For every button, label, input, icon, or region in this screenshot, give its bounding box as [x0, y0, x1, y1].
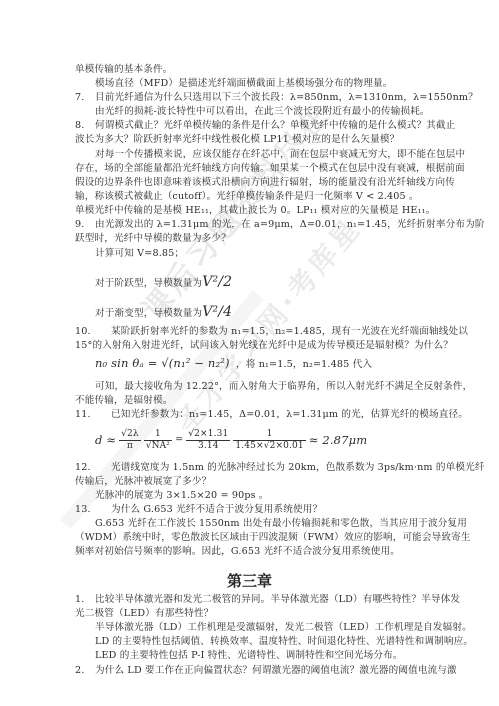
- formula: n₀ sin θₐ = √(n₁² − n₂²): [95, 356, 230, 370]
- answer-8-cont: 存在，场的全部能量都沿光纤轴线方向传输。如果某一个模式在包层中没有衰减，根据前面: [75, 163, 425, 175]
- question-9: 9.由光源发出的 λ=1.31μm 的光，在 a=9μm，Δ=0.01，n₁=1…: [75, 219, 425, 231]
- question-11: 11.已知光纤参数为：n₁=1.45，Δ=0.01，λ=1.31μm 的光，估算…: [75, 409, 425, 421]
- question-8: 8.何谓模式截止？光纤单模传输的条件是什么？单模光纤中传输的是什么模式？其截止: [75, 120, 425, 132]
- question-number: 12.: [75, 462, 111, 474]
- chapter3-answer-1-cont: LED 的主要特性包括 P-I 特性、光谱特性、调制特性和空间光场分布。: [95, 650, 445, 662]
- question-10: 10.某阶跃折射率光纤的参数为 n₁=1.5，n₂=1.485，现有一光波在光纤…: [75, 326, 425, 338]
- answer-8-cont: 假设的边界条件也即意味着该模式沿横向方向进行辐射，场的能量没有沿光纤轴线方向传: [75, 177, 425, 189]
- question-10-cont: 15°的入射角入射进光纤，试问该入射光线在光纤中是成为传导模还是辐射模？为什么？: [75, 340, 425, 352]
- formula: V²/4: [202, 304, 232, 320]
- answer-9: 计算可知 V=8.85；: [95, 248, 445, 260]
- question-number: 10.: [75, 326, 111, 338]
- formula: V²/2: [202, 274, 232, 290]
- answer-13-cont: （WDM）系统中时，零色散波长区域由于四波混频（FWM）效应的影响，可能会导致寄…: [75, 532, 425, 544]
- question-13: 13.为什么 G.653 光纤不适合于波分复用系统使用？: [75, 504, 425, 516]
- question-7: 7.目前光纤通信为什么只选用以下三个波长段：λ=850nm，λ=1310nm，λ…: [75, 92, 425, 104]
- document-page: 课后习题资料尽在 圣才学习网·考库星 单模传输的基本条件。 模场直径（MFD）是…: [0, 0, 499, 706]
- question-number: 11.: [75, 409, 111, 421]
- question-number: 9.: [75, 219, 95, 231]
- question-number: 2.: [75, 665, 95, 677]
- question-9-cont: 跃型时，光纤中导模的数量为多少？: [75, 233, 425, 245]
- answer-9-step: 对于阶跃型，导模数量为V²/2: [95, 276, 445, 290]
- chapter3-answer-1-cont: LD 的主要特性包括阈值、转换效率、温度特性、时间退化特性、光谱特性和调制响应。: [95, 636, 445, 648]
- question-number: 7.: [75, 92, 95, 104]
- answer-8-cont: 输，称该模式被截止（cutoff）。光纤单模传输条件是归一化频率 V < 2.4…: [75, 191, 425, 203]
- paragraph-line: 模场直径（MFD）是描述光纤端面横截面上基模场强分布的物理量。: [95, 78, 445, 90]
- question-number: 1.: [75, 594, 95, 606]
- answer-8-cont: 单模光纤中传输的是基模 HE₁₁，其截止波长为 0。LP₁₁ 模对应的矢量模是 …: [75, 205, 425, 217]
- question-number: 8.: [75, 120, 95, 132]
- answer-9-graded: 对于渐变型，导模数量为V²/4: [95, 306, 445, 320]
- answer-10-cont: 不能传输，是辐射模。: [75, 395, 425, 407]
- answer-7: 由光纤的损耗-波长特性中可以看出，在此三个波长段附近有最小的传输损耗。: [95, 106, 445, 118]
- chapter3-question-1-cont: 光二极管（LED）有那些特性？: [75, 608, 425, 620]
- answer-13-cont: 频率对初始信号频率的影响。因此，G.653 光纤不适合波分复用系统使用。: [75, 546, 425, 558]
- chapter3-question-1: 1.比较半导体激光器和发光二极管的异同。半导体激光器（LD）有哪些特性？半导体发: [75, 594, 425, 606]
- chapter3-question-2: 2.为什么 LD 要工作在正向偏置状态？何谓激光器的阈值电流？激光器的阈值电流与…: [75, 665, 425, 677]
- answer-12: 光脉冲的展宽为 3×1.5×20 = 90ps 。: [95, 490, 445, 502]
- paragraph-line: 单模传输的基本条件。: [75, 64, 425, 76]
- answer-11-formula: d ≈ √2λπ 1√NA² = √2×1.313.14 11.45×√2×0.…: [95, 424, 445, 456]
- chapter-title: 第三章: [0, 570, 499, 591]
- question-12-cont: 传输后，光脉冲被展宽了多少？: [75, 476, 425, 488]
- question-number: 13.: [75, 504, 111, 516]
- answer-10: 可知，最大接收角为 12.22°，而入射角大于临界角，所以入射光纤不满足全反射条…: [95, 381, 445, 393]
- answer-8: 对每一个传播模来说，应该仅能存在纤芯中，而在包层中衰减无穷大，即不能在包层中: [95, 149, 445, 161]
- chapter3-answer-1: 半导体激光器（LD）工作机理是受激辐射，发光二极管（LED）工作机理是自发辐射。: [95, 622, 445, 634]
- question-12: 12.光谱线宽度为 1.5nm 的光脉冲经过长为 20km，色散系数为 3ps/…: [75, 462, 425, 474]
- answer-10-formula: n₀ sin θₐ = √(n₁² − n₂²) ，将 n₁=1.5，n₂=1.…: [95, 357, 445, 371]
- answer-13: G.653 光纤在工作波长 1550nm 出处有最小传输损耗和零色散，当其应用于…: [95, 518, 445, 530]
- question-8-cont: 波长为多大？阶跃折射率光纤中线性极化模 LP11 模对应的是什么矢量模？: [75, 134, 425, 146]
